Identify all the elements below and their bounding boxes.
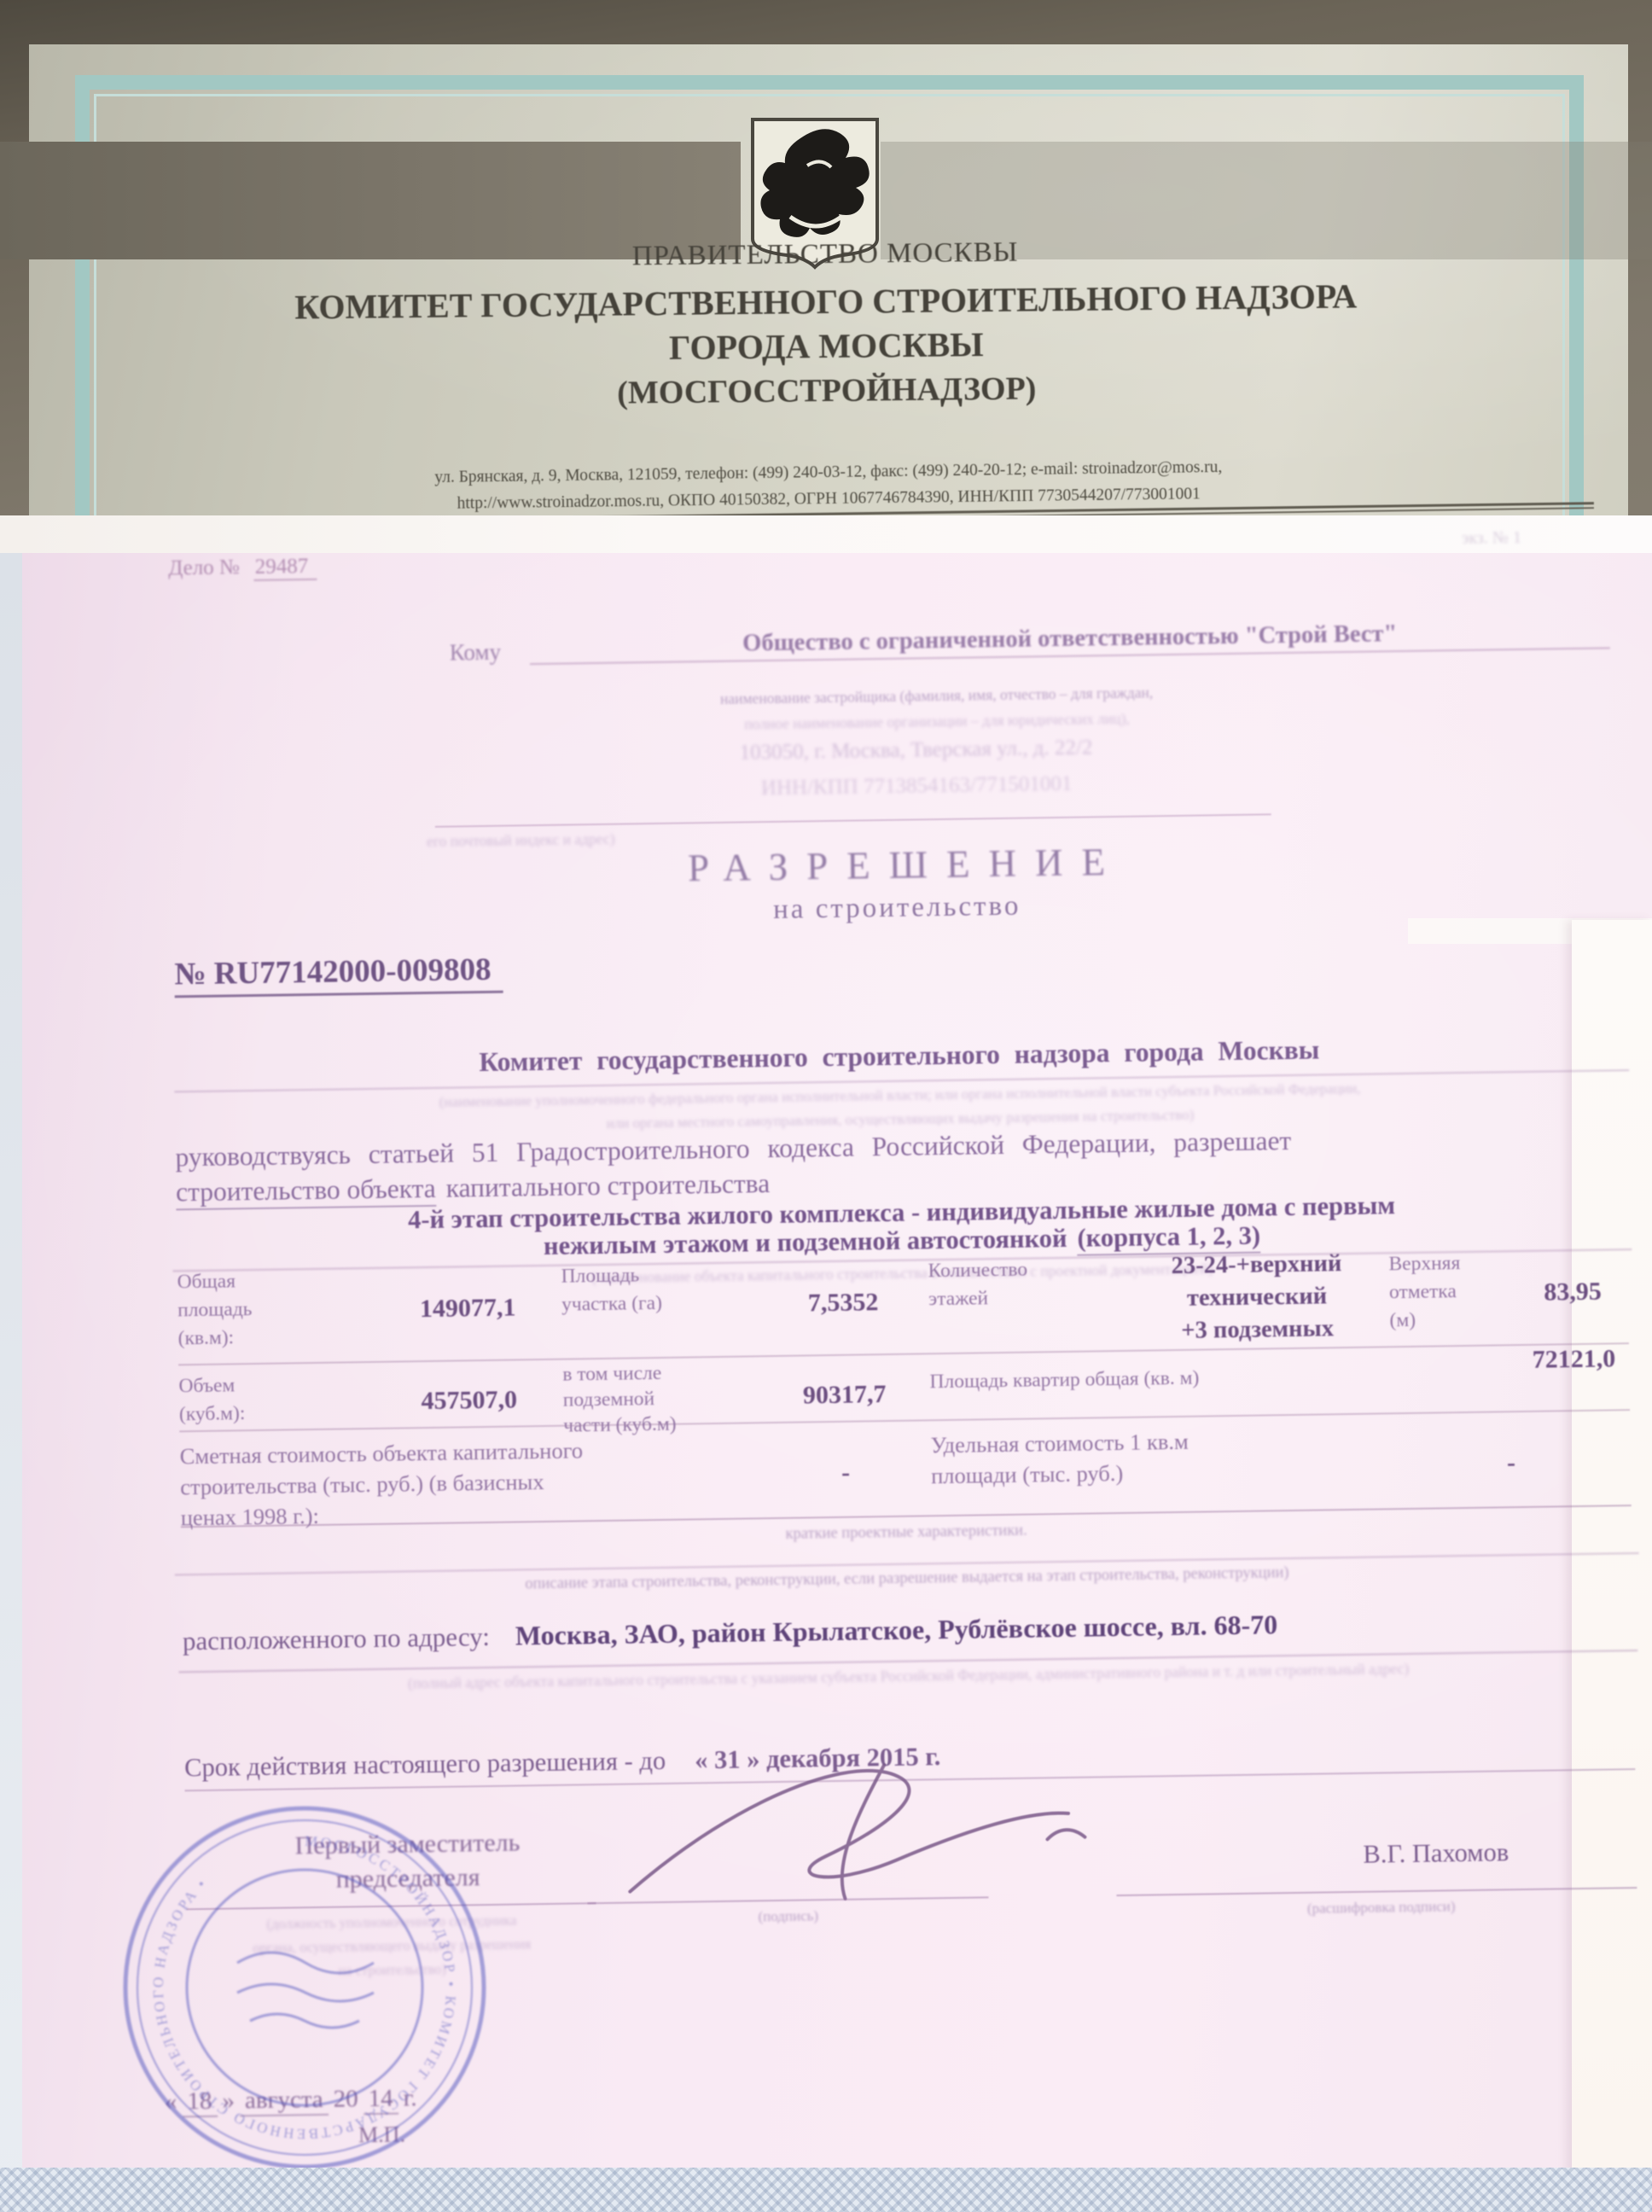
photographed-construction-permit: ПРАВИТЕЛЬСТВО МОСКВЫ КОМИТЕТ ГОСУДАРСТВЕ…	[0, 0, 1652, 2212]
plot-area-value: 7,5352	[758, 1287, 928, 1318]
underground-value: 90317,7	[759, 1379, 929, 1411]
signer-name: В.Г. Пахомов	[1236, 1836, 1637, 1871]
estimated-cost-value: -	[760, 1457, 931, 1488]
signer-name-underline	[1116, 1887, 1637, 1896]
action-rest: капитального строительства	[445, 1168, 770, 1203]
recipient-inn-kpp: ИНН/КПП 7713854163/771501001	[426, 767, 1407, 806]
volume-value: 457507,0	[375, 1385, 563, 1417]
floors-label: Количество этажей	[928, 1248, 1126, 1353]
signer-name-caption: (расшифровка подписи)	[1168, 1896, 1595, 1919]
unit-cost-label: Удельная стоимость 1 кв.м площади (тыс. …	[930, 1414, 1393, 1522]
recipient-name: Общество с ограниченной ответственностью…	[530, 617, 1610, 665]
estimated-cost-label: Сметная стоимость объекта капитального с…	[179, 1423, 761, 1533]
stage-caption: описание этапа строительства, реконструк…	[182, 1559, 1632, 1598]
apartments-area-value: 72121,0	[1390, 1344, 1629, 1377]
top-mark-label: Верхняя отметка (м)	[1388, 1242, 1518, 1346]
recipient-address: 103050, г. Москва, Тверская ул., д. 22/2	[425, 731, 1406, 770]
permit-number: № RU77142000-009808	[174, 952, 503, 998]
case-number-row: Дело №29487	[168, 555, 317, 581]
round-blue-stamp: МОСГОССТРОЙНАДЗОР • КОМИТЕТ ГОСУДАРСТВЕН…	[118, 1801, 492, 2174]
location-label: расположенного по адресу:	[183, 1621, 490, 1656]
stamp-ring-text: МОСГОССТРОЙНАДЗОР • КОМИТЕТ ГОСУДАРСТВЕН…	[150, 1833, 459, 2142]
recipient-row: Кому Общество с ограниченной ответственн…	[449, 617, 1609, 666]
recipient-label: Кому	[450, 639, 502, 667]
plot-area-label: Площадь участка (га)	[561, 1253, 759, 1358]
location-caption: (полный адрес объекта капитального строи…	[183, 1656, 1634, 1696]
top-mark-value: 83,95	[1517, 1277, 1628, 1307]
validity-prefix: Срок действия настоящего разрешения - до	[184, 1746, 666, 1782]
unit-cost-value: -	[1392, 1447, 1631, 1479]
tabletop-texture	[0, 2168, 1652, 2212]
case-number: 29487	[253, 555, 317, 581]
location-row: расположенного по адресу:Москва, ЗАО, ра…	[183, 1609, 1278, 1656]
handwritten-signature	[602, 1756, 1117, 1913]
table-row-cost: Сметная стоимость объекта капитального с…	[179, 1411, 1631, 1528]
letterhead-contacts: ул. Брянская, д. 9, Москва, 121059, теле…	[29, 449, 1629, 523]
copy-number: экз. № 1	[1462, 528, 1521, 549]
total-area-label: Общая площадь (кв.м):	[177, 1259, 375, 1364]
case-label: Дело №	[168, 556, 240, 579]
svg-text:МОСГОССТРОЙНАДЗОР • КОМИТЕТ: МОСГОССТРОЙНАДЗОР • КОМИТЕТ ГОСУДАРСТВЕН…	[150, 1833, 459, 2142]
total-area-value: 149077,1	[374, 1293, 561, 1324]
issuer-name: Комитет государственного строительного н…	[174, 1030, 1625, 1082]
floors-value: 23-24-+верхний технический +3 подземных	[1124, 1245, 1390, 1348]
table-surface-left-edge	[0, 553, 22, 2212]
location-value: Москва, ЗАО, район Крылатское, Рублёвско…	[515, 1609, 1278, 1650]
